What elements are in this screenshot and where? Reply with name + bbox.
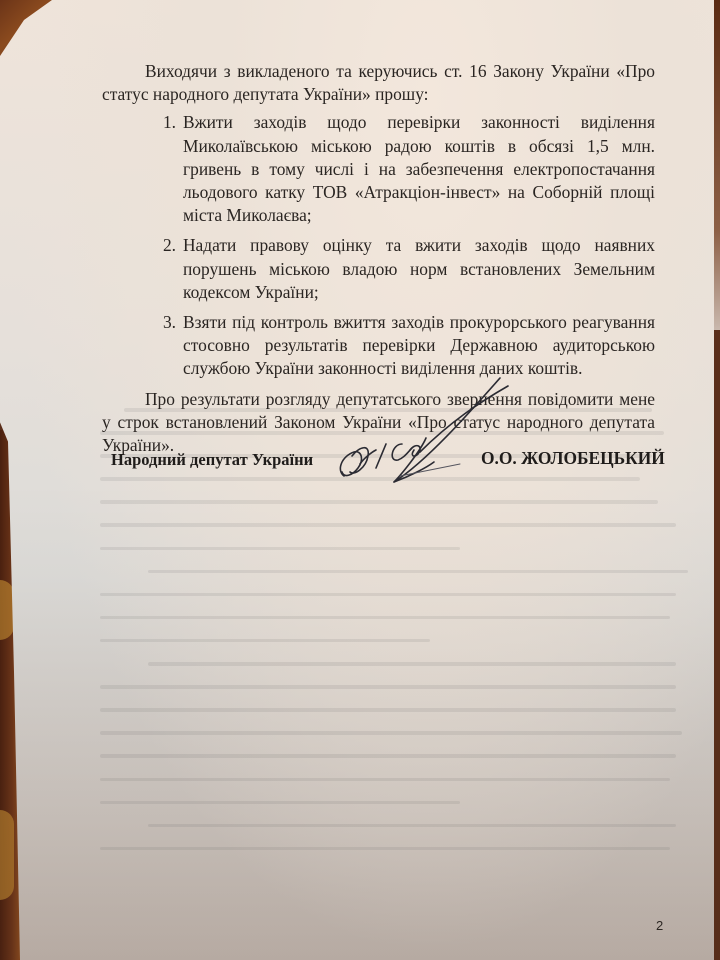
request-number: 1. [102,111,183,227]
request-item: 1. Вжити заходів щодо перевірки законнос… [102,111,655,227]
request-item: 3. Взяти під контроль вжиття заходів про… [102,311,655,381]
request-text: Взяти під контроль вжиття заходів прокур… [183,311,655,381]
request-text: Вжити заходів щодо перевірки законності … [183,111,655,227]
signatory-name: О.О. ЖОЛОБЕЦЬКИЙ [481,448,665,469]
signatory-title: Народний депутат України [111,450,313,470]
request-item: 2. Надати правову оцінку та вжити заході… [102,234,655,304]
request-number: 3. [102,311,183,381]
request-number: 2. [102,234,183,304]
request-text: Надати правову оцінку та вжити заходів щ… [183,234,655,304]
page-number: 2 [656,918,663,933]
intro-paragraph: Виходячи з викладеного та керуючись ст. … [102,60,655,106]
request-list: 1. Вжити заходів щодо перевірки законнос… [102,111,655,380]
signature-block: Народний депутат України О.О. ЖОЛОБЕЦЬКИ… [111,446,671,486]
